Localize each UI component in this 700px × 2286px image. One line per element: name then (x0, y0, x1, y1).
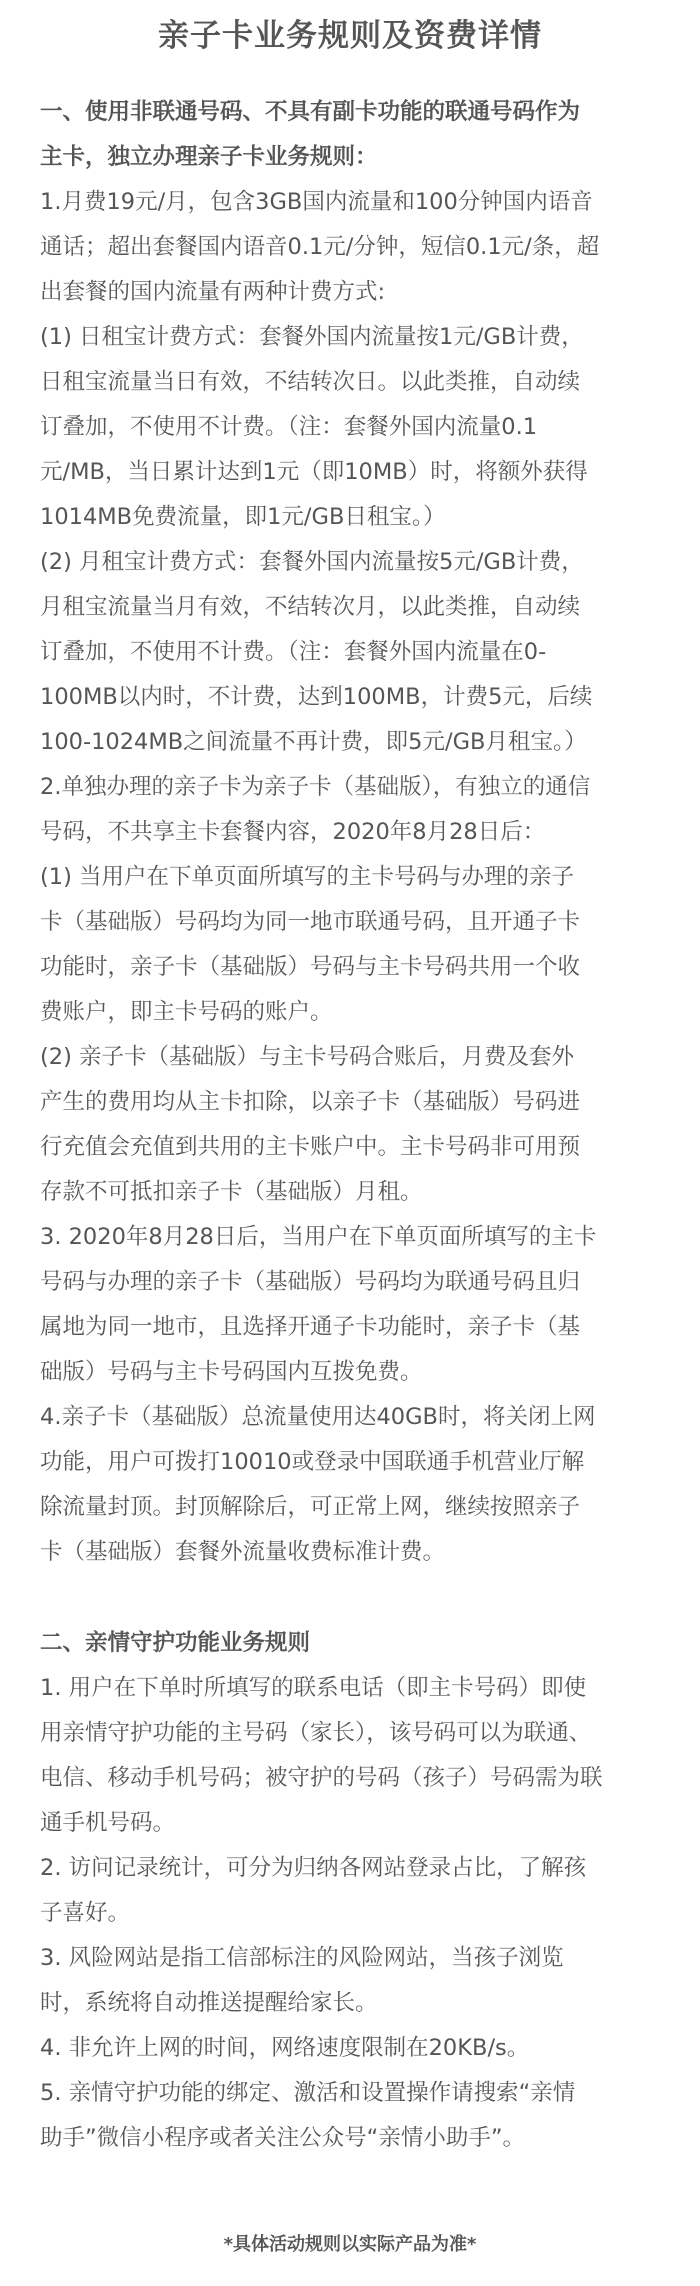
rules-content: 一、使用非联通号码、不具有副卡功能的联通号码作为 主卡，独立办理亲子卡业务规则：… (40, 90, 670, 2161)
rule-line: 100MB以内时，不计费，达到100MB，计费5元，后续 (40, 675, 670, 720)
rule-line: 功能，用户可拨打10010或登录中国联通手机营业厅解 (40, 1440, 670, 1485)
rule-line: 行充值会充值到共用的主卡账户中。主卡号码非可用预 (40, 1125, 670, 1170)
rule-line: 用亲情守护功能的主号码（家长），该号码可以为联通、 (40, 1711, 670, 1756)
rule-line: 2.单独办理的亲子卡为亲子卡（基础版），有独立的通信 (40, 765, 670, 810)
rule-line: 存款不可抵扣亲子卡（基础版）月租。 (40, 1170, 670, 1215)
rule-line: 属地为同一地市，且选择开通子卡功能时，亲子卡（基 (40, 1305, 670, 1350)
rule-line: 2. 访问记录统计，可分为归纳各网站登录占比，了解孩 (40, 1846, 670, 1891)
rule-line: 助手”微信小程序或者关注公众号“亲情小助手”。 (40, 2116, 670, 2161)
rule-line: 1.月费19元/月，包含3GB国内流量和100分钟国内语音 (40, 180, 670, 225)
rule-line: 4.亲子卡（基础版）总流量使用达40GB时，将关闭上网 (40, 1395, 670, 1440)
rule-line: 通话；超出套餐国内语音0.1元/分钟，短信0.1元/条，超 (40, 225, 670, 270)
rule-line: 除流量封顶。封顶解除后，可正常上网，继续按照亲子 (40, 1485, 670, 1530)
rule-line: 3. 风险网站是指工信部标注的风险网站，当孩子浏览 (40, 1936, 670, 1981)
rule-line: 1014MB免费流量，即1元/GB日租宝。） (40, 495, 670, 540)
disclaimer-footer: *具体活动规则以实际产品为准* (0, 2230, 700, 2256)
rule-line: 号码与办理的亲子卡（基础版）号码均为联通号码且归 (40, 1260, 670, 1305)
rule-line: 功能时，亲子卡（基础版）号码与主卡号码共用一个收 (40, 945, 670, 990)
rule-line: 卡（基础版）号码均为同一地市联通号码，且开通子卡 (40, 900, 670, 945)
section-2: 二、亲情守护功能业务规则 1. 用户在下单时所填写的联系电话（即主卡号码）即使 … (40, 1621, 670, 2161)
section-1-heading-line: 一、使用非联通号码、不具有副卡功能的联通号码作为 (40, 90, 670, 135)
rule-line: 时，系统将自动推送提醒给家长。 (40, 1981, 670, 2026)
rule-line: (1) 日租宝计费方式：套餐外国内流量按1元/GB计费， (40, 315, 670, 360)
rule-line: 日租宝流量当日有效，不结转次日。以此类推，自动续 (40, 360, 670, 405)
rule-line: 卡（基础版）套餐外流量收费标准计费。 (40, 1530, 670, 1575)
rule-line: 4. 非允许上网的时间，网络速度限制在20KB/s。 (40, 2026, 670, 2071)
rule-line: 3. 2020年8月28日后，当用户在下单页面所填写的主卡 (40, 1215, 670, 1260)
rule-line: 5. 亲情守护功能的绑定、激活和设置操作请搜索“亲情 (40, 2071, 670, 2116)
rule-line: (2) 月租宝计费方式：套餐外国内流量按5元/GB计费， (40, 540, 670, 585)
rule-line: 号码，不共享主卡套餐内容，2020年8月28日后： (40, 810, 670, 855)
rule-line: (1) 当用户在下单页面所填写的主卡号码与办理的亲子 (40, 855, 670, 900)
rule-line: 费账户，即主卡号码的账户。 (40, 990, 670, 1035)
section-spacer (40, 1575, 670, 1621)
rule-line: 订叠加，不使用不计费。（注：套餐外国内流量在0- (40, 630, 670, 675)
section-1-heading-line: 主卡，独立办理亲子卡业务规则： (40, 135, 670, 180)
rule-line: 100-1024MB之间流量不再计费，即5元/GB月租宝。） (40, 720, 670, 765)
rule-line: 子喜好。 (40, 1891, 670, 1936)
rule-line: (2) 亲子卡（基础版）与主卡号码合账后，月费及套外 (40, 1035, 670, 1080)
page-title: 亲子卡业务规则及资费详情 (0, 14, 700, 58)
rule-line: 元/MB，当日累计达到1元（即10MB）时，将额外获得 (40, 450, 670, 495)
rule-line: 1. 用户在下单时所填写的联系电话（即主卡号码）即使 (40, 1666, 670, 1711)
rule-line: 订叠加，不使用不计费。（注：套餐外国内流量0.1 (40, 405, 670, 450)
rule-line: 月租宝流量当月有效，不结转次月，以此类推，自动续 (40, 585, 670, 630)
rule-line: 出套餐的国内流量有两种计费方式: (40, 270, 670, 315)
rule-line: 通手机号码。 (40, 1801, 670, 1846)
section-1: 一、使用非联通号码、不具有副卡功能的联通号码作为 主卡，独立办理亲子卡业务规则：… (40, 90, 670, 1575)
rule-line: 础版）号码与主卡号码国内互拨免费。 (40, 1350, 670, 1395)
section-2-heading: 二、亲情守护功能业务规则 (40, 1621, 670, 1666)
rule-line: 电信、移动手机号码；被守护的号码（孩子）号码需为联 (40, 1756, 670, 1801)
rule-line: 产生的费用均从主卡扣除，以亲子卡（基础版）号码进 (40, 1080, 670, 1125)
